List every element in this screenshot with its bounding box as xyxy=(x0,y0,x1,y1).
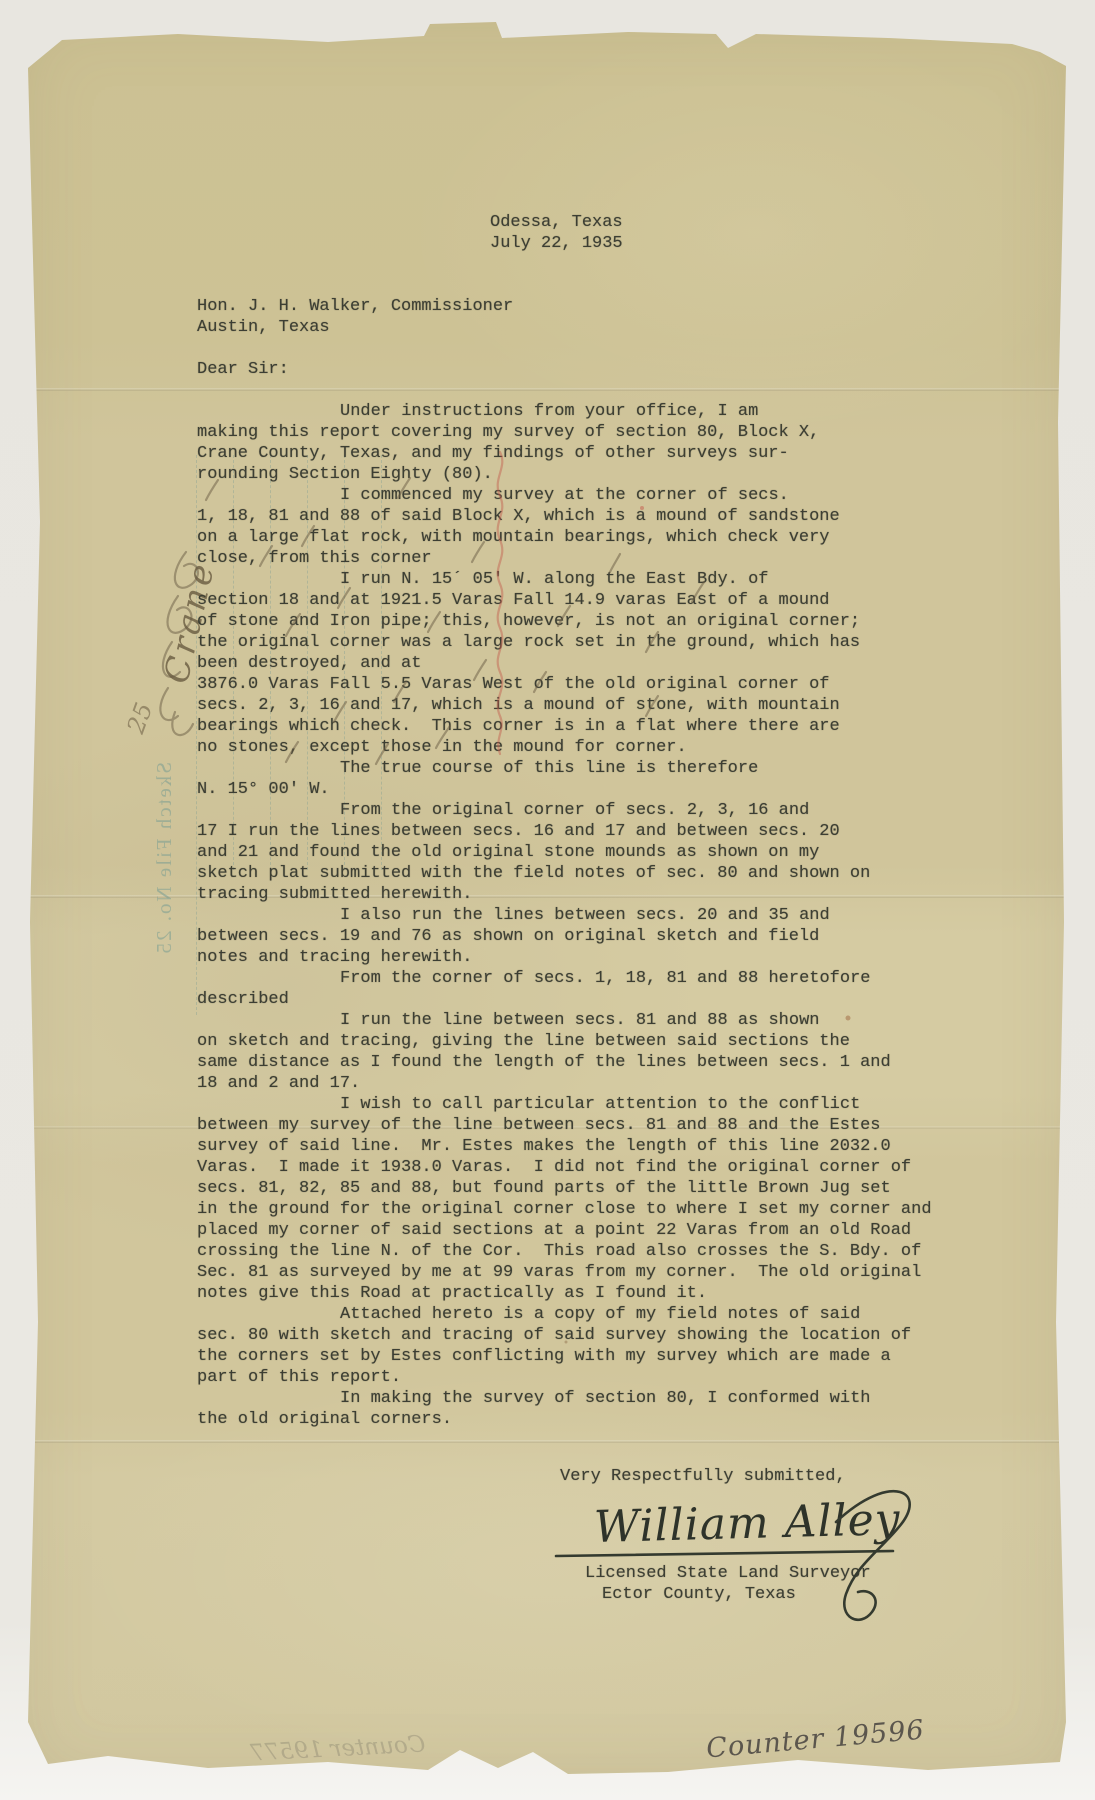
letter-line: tracing submitted herewith. xyxy=(197,884,932,905)
letter-line: survey of said line. Mr. Estes makes the… xyxy=(197,1136,932,1157)
letter-line: sec. 80 with sketch and tracing of said … xyxy=(197,1325,932,1346)
letter-line: Attached hereto is a copy of my field no… xyxy=(197,1304,932,1325)
letter-line: in the ground for the original corner cl… xyxy=(197,1199,932,1220)
letter-line: crossing the line N. of the Cor. This ro… xyxy=(197,1241,932,1262)
recipient-city: Austin, Texas xyxy=(197,317,330,338)
signature-title: Licensed State Land Surveyor xyxy=(585,1563,871,1584)
letter-line: bearings which check. This corner is in … xyxy=(197,716,932,737)
dateline-place: Odessa, Texas xyxy=(490,212,623,233)
letter-body: Under instructions from your office, I a… xyxy=(197,401,932,1430)
recipient-name: Hon. J. H. Walker, Commissioner xyxy=(197,296,513,317)
letter-line: placed my corner of said sections at a p… xyxy=(197,1220,932,1241)
letter-line: the old original corners. xyxy=(197,1409,932,1430)
letter-line: notes and tracing herewith. xyxy=(197,947,932,968)
letter-line: described xyxy=(197,989,932,1010)
letter-line: between my survey of the line between se… xyxy=(197,1115,932,1136)
letter-line: 18 and 2 and 17. xyxy=(197,1073,932,1094)
letter-line: section 18 and at 1921.5 Varas Fall 14.9… xyxy=(197,590,932,611)
letter-line: Varas. I made it 1938.0 Varas. I did not… xyxy=(197,1157,932,1178)
closing-line: Very Respectfully submitted, xyxy=(560,1466,846,1487)
letter-line: Crane County, Texas, and my findings of … xyxy=(197,443,932,464)
fold-crease xyxy=(28,1440,1066,1443)
letter-line: From the original corner of secs. 2, 3, … xyxy=(197,800,932,821)
letter-line: I wish to call particular attention to t… xyxy=(197,1094,932,1115)
scanned-letter-page: Sketch File No. 25 Crane 25 Odessa, Texa… xyxy=(0,0,1095,1800)
letter-line: I also run the lines between secs. 20 an… xyxy=(197,905,932,926)
letter-line: 1, 18, 81 and 88 of said Block X, which … xyxy=(197,506,932,527)
letter-line: rounding Section Eighty (80). xyxy=(197,464,932,485)
letter-line: been destroyed, and at xyxy=(197,653,932,674)
letter-line: part of this report. xyxy=(197,1367,932,1388)
letter-line: I run N. 15´ 05' W. along the East Bdy. … xyxy=(197,569,932,590)
letter-line: and 21 and found the old original stone … xyxy=(197,842,932,863)
letter-line: the corners set by Estes conflicting wit… xyxy=(197,1346,932,1367)
dateline-date: July 22, 1935 xyxy=(490,233,623,254)
salutation: Dear Sir: xyxy=(197,359,289,380)
fold-crease xyxy=(28,388,1066,391)
letter-line: secs. 81, 82, 85 and 88, but found parts… xyxy=(197,1178,932,1199)
letter-line: In making the survey of section 80, I co… xyxy=(197,1388,932,1409)
letter-line: I commenced my survey at the corner of s… xyxy=(197,485,932,506)
letter-line: the original corner was a large rock set… xyxy=(197,632,932,653)
sketch-file-number-showthrough: Sketch File No. 25 xyxy=(152,762,177,956)
letter-line: N. 15° 00' W. xyxy=(197,779,932,800)
letter-line: on sketch and tracing, giving the line b… xyxy=(197,1031,932,1052)
letter-line: 17 I run the lines between secs. 16 and … xyxy=(197,821,932,842)
letter-line: I run the line between secs. 81 and 88 a… xyxy=(197,1010,932,1031)
letter-line: between secs. 19 and 76 as shown on orig… xyxy=(197,926,932,947)
letter-line: same distance as I found the length of t… xyxy=(197,1052,932,1073)
letter-line: Under instructions from your office, I a… xyxy=(197,401,932,422)
letter-line: on a large flat rock, with mountain bear… xyxy=(197,527,932,548)
signature-location: Ector County, Texas xyxy=(602,1584,796,1605)
letter-line: close, from this corner xyxy=(197,548,932,569)
letter-line: secs. 2, 3, 16 and 17, which is a mound … xyxy=(197,695,932,716)
letter-line: no stones, except those in the mound for… xyxy=(197,737,932,758)
letter-line: sketch plat submitted with the field not… xyxy=(197,863,932,884)
letter-line: The true course of this line is therefor… xyxy=(197,758,932,779)
letter-line: Sec. 81 as surveyed by me at 99 varas fr… xyxy=(197,1262,932,1283)
signature-handwritten: William Alley xyxy=(593,1494,901,1553)
letter-line: of stone and Iron pipe; this, however, i… xyxy=(197,611,932,632)
letter-line: From the corner of secs. 1, 18, 81 and 8… xyxy=(197,968,932,989)
letter-line: making this report covering my survey of… xyxy=(197,422,932,443)
letter-line: notes give this Road at practically as I… xyxy=(197,1283,932,1304)
letter-line: 3876.0 Varas Fall 5.5 Varas West of the … xyxy=(197,674,932,695)
